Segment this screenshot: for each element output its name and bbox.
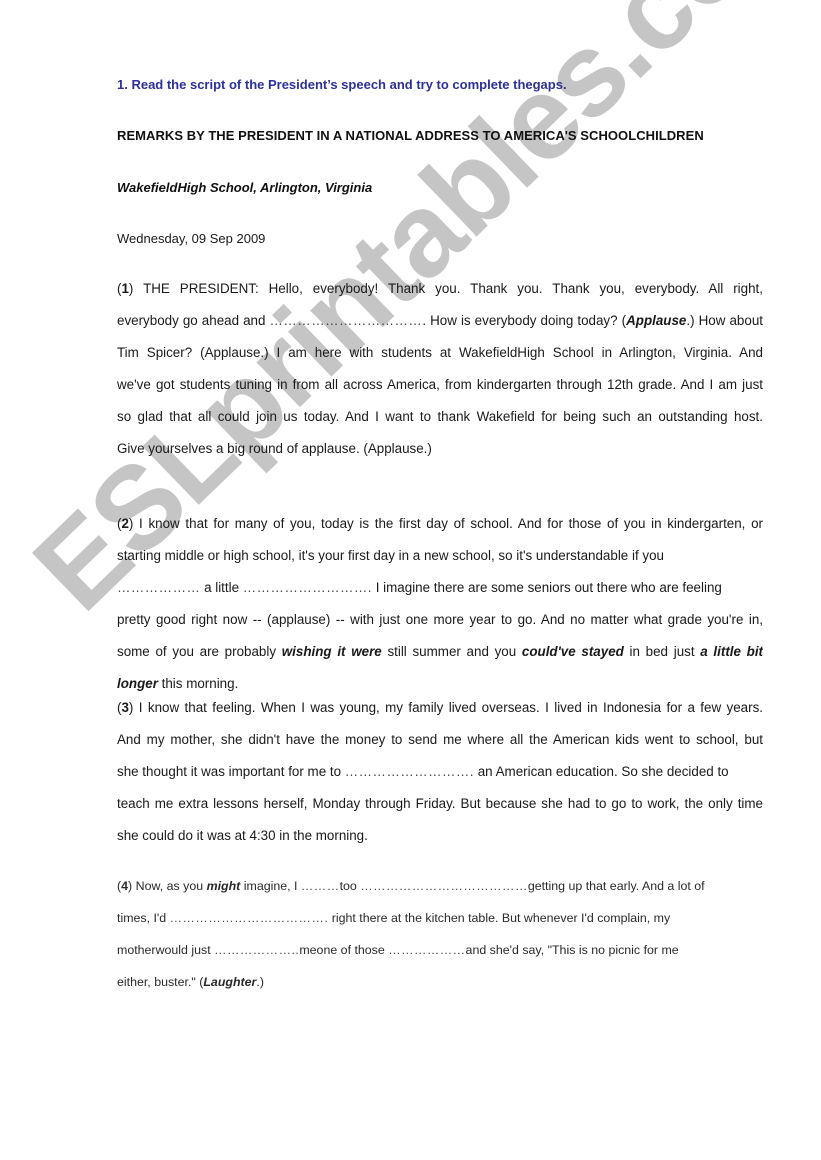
fill-in-gap[interactable]: ………………………. [345,764,474,779]
text-segment: right there at the kitchen table. But wh… [328,911,670,925]
text-segment: imagine, I [240,879,301,893]
exercise-instruction: 1. Read the script of the President’s sp… [117,77,567,92]
text-line: so glad that all could join us today. An… [117,401,763,433]
text-segment: in bed just [624,644,700,659]
text-segment: this morning. [158,676,238,691]
text-line: starting middle or high school, it's you… [117,540,763,572]
text-segment: so glad that all could join us today. An… [117,409,763,424]
emphasized-text: wishing it were [282,644,382,659]
text-segment: teach me extra lessons herself, Monday t… [117,796,763,811]
paragraph-number: 2 [121,516,128,531]
text-line: either, buster." (Laughter.) [117,966,763,998]
fill-in-gap[interactable]: …………………………… [270,313,423,328]
text-line: everybody go ahead and ……………………………. How … [117,305,763,337]
emphasized-text: Applause [626,313,686,328]
text-segment: . How is everybody doing today? ( [422,313,626,328]
speech-location: WakefieldHigh School, Arlington, Virgini… [117,180,372,195]
text-line: (4) Now, as you might imagine, I ………too … [117,870,763,902]
paragraph-2: (2) I know that for many of you, today i… [117,508,763,700]
text-line: motherwould just ………………..meone of those … [117,934,763,966]
paragraph-number: 1 [121,281,128,296]
text-segment: everybody go ahead and [117,313,270,328]
paragraph-3: (3) I know that feeling. When I was youn… [117,692,763,852]
text-segment: Tim Spicer? (Applause.) I am here with s… [117,345,763,360]
text-segment: we've got students tuning in from all ac… [117,377,763,392]
text-line: pretty good right now -- (applause) -- w… [117,604,763,636]
text-line: And my mother, she didn't have the money… [117,724,763,756]
text-segment: times, I'd [117,911,170,925]
text-segment: ) Now, as you [128,879,207,893]
text-segment: still summer and you [382,644,522,659]
text-line: she thought it was important for me to …… [117,756,763,788]
text-line: Give yourselves a big round of applause.… [117,433,763,465]
text-segment: ) THE PRESIDENT: Hello, everybody! Thank… [129,281,763,296]
speech-title: REMARKS BY THE PRESIDENT IN A NATIONAL A… [117,128,704,143]
text-segment: a little [200,580,242,595]
emphasized-text: longer [117,676,158,691]
text-line: times, I'd ………………………………. right there at … [117,902,763,934]
text-line: ……………… a little ………………………. I imagine the… [117,572,763,604]
fill-in-gap[interactable]: ………………………………. [170,911,329,925]
text-line: (2) I know that for many of you, today i… [117,508,763,540]
emphasized-text: could've stayed [522,644,624,659]
paragraph-number: 3 [121,700,128,715]
text-segment: pretty good right now -- (applause) -- w… [117,612,763,627]
text-line: she could do it was at 4:30 in the morni… [117,820,763,852]
text-segment: And my mother, she didn't have the money… [117,732,763,747]
speech-date: Wednesday, 09 Sep 2009 [117,231,265,246]
text-line: (3) I know that feeling. When I was youn… [117,692,763,724]
emphasized-text: a little bit [700,644,763,659]
fill-in-gap[interactable]: ……… [301,879,340,893]
fill-in-gap[interactable]: ………………………. [243,580,372,595]
fill-in-gap[interactable]: ………………………………… [360,879,528,893]
fill-in-gap[interactable]: ……………… [117,580,200,595]
text-segment: some of you are probably [117,644,282,659]
text-segment: either, buster." ( [117,975,203,989]
text-segment: I imagine there are some seniors out the… [372,580,722,595]
paragraph-4: (4) Now, as you might imagine, I ………too … [117,870,763,998]
emphasized-text: might [207,879,241,893]
fill-in-gap[interactable]: ……………… [388,943,465,957]
text-segment: she thought it was important for me to [117,764,345,779]
emphasized-text: Laughter [203,975,256,989]
text-line: teach me extra lessons herself, Monday t… [117,788,763,820]
text-segment: she could do it was at 4:30 in the morni… [117,828,368,843]
text-segment: .) [256,975,264,989]
text-segment: .) How about [686,313,763,328]
text-segment: meone of those [299,943,388,957]
text-segment: starting middle or high school, it's you… [117,548,664,563]
text-segment: an American education. So she decided to [474,764,729,779]
text-line: Tim Spicer? (Applause.) I am here with s… [117,337,763,369]
text-segment: Give yourselves a big round of applause.… [117,441,432,456]
text-segment: motherwould just [117,943,214,957]
text-segment: ) I know that feeling. When I was young,… [129,700,763,715]
fill-in-gap[interactable]: ……………….. [214,943,299,957]
text-line: we've got students tuning in from all ac… [117,369,763,401]
text-segment: and she'd say, "This is no picnic for me [466,943,679,957]
paragraph-1: (1) THE PRESIDENT: Hello, everybody! Tha… [117,273,763,465]
text-line: some of you are probably wishing it were… [117,636,763,668]
text-segment: getting up that early. And a lot of [528,879,705,893]
text-segment: too [340,879,361,893]
paragraph-number: 4 [121,879,128,893]
text-segment: ) I know that for many of you, today is … [129,516,763,531]
text-line: (1) THE PRESIDENT: Hello, everybody! Tha… [117,273,763,305]
